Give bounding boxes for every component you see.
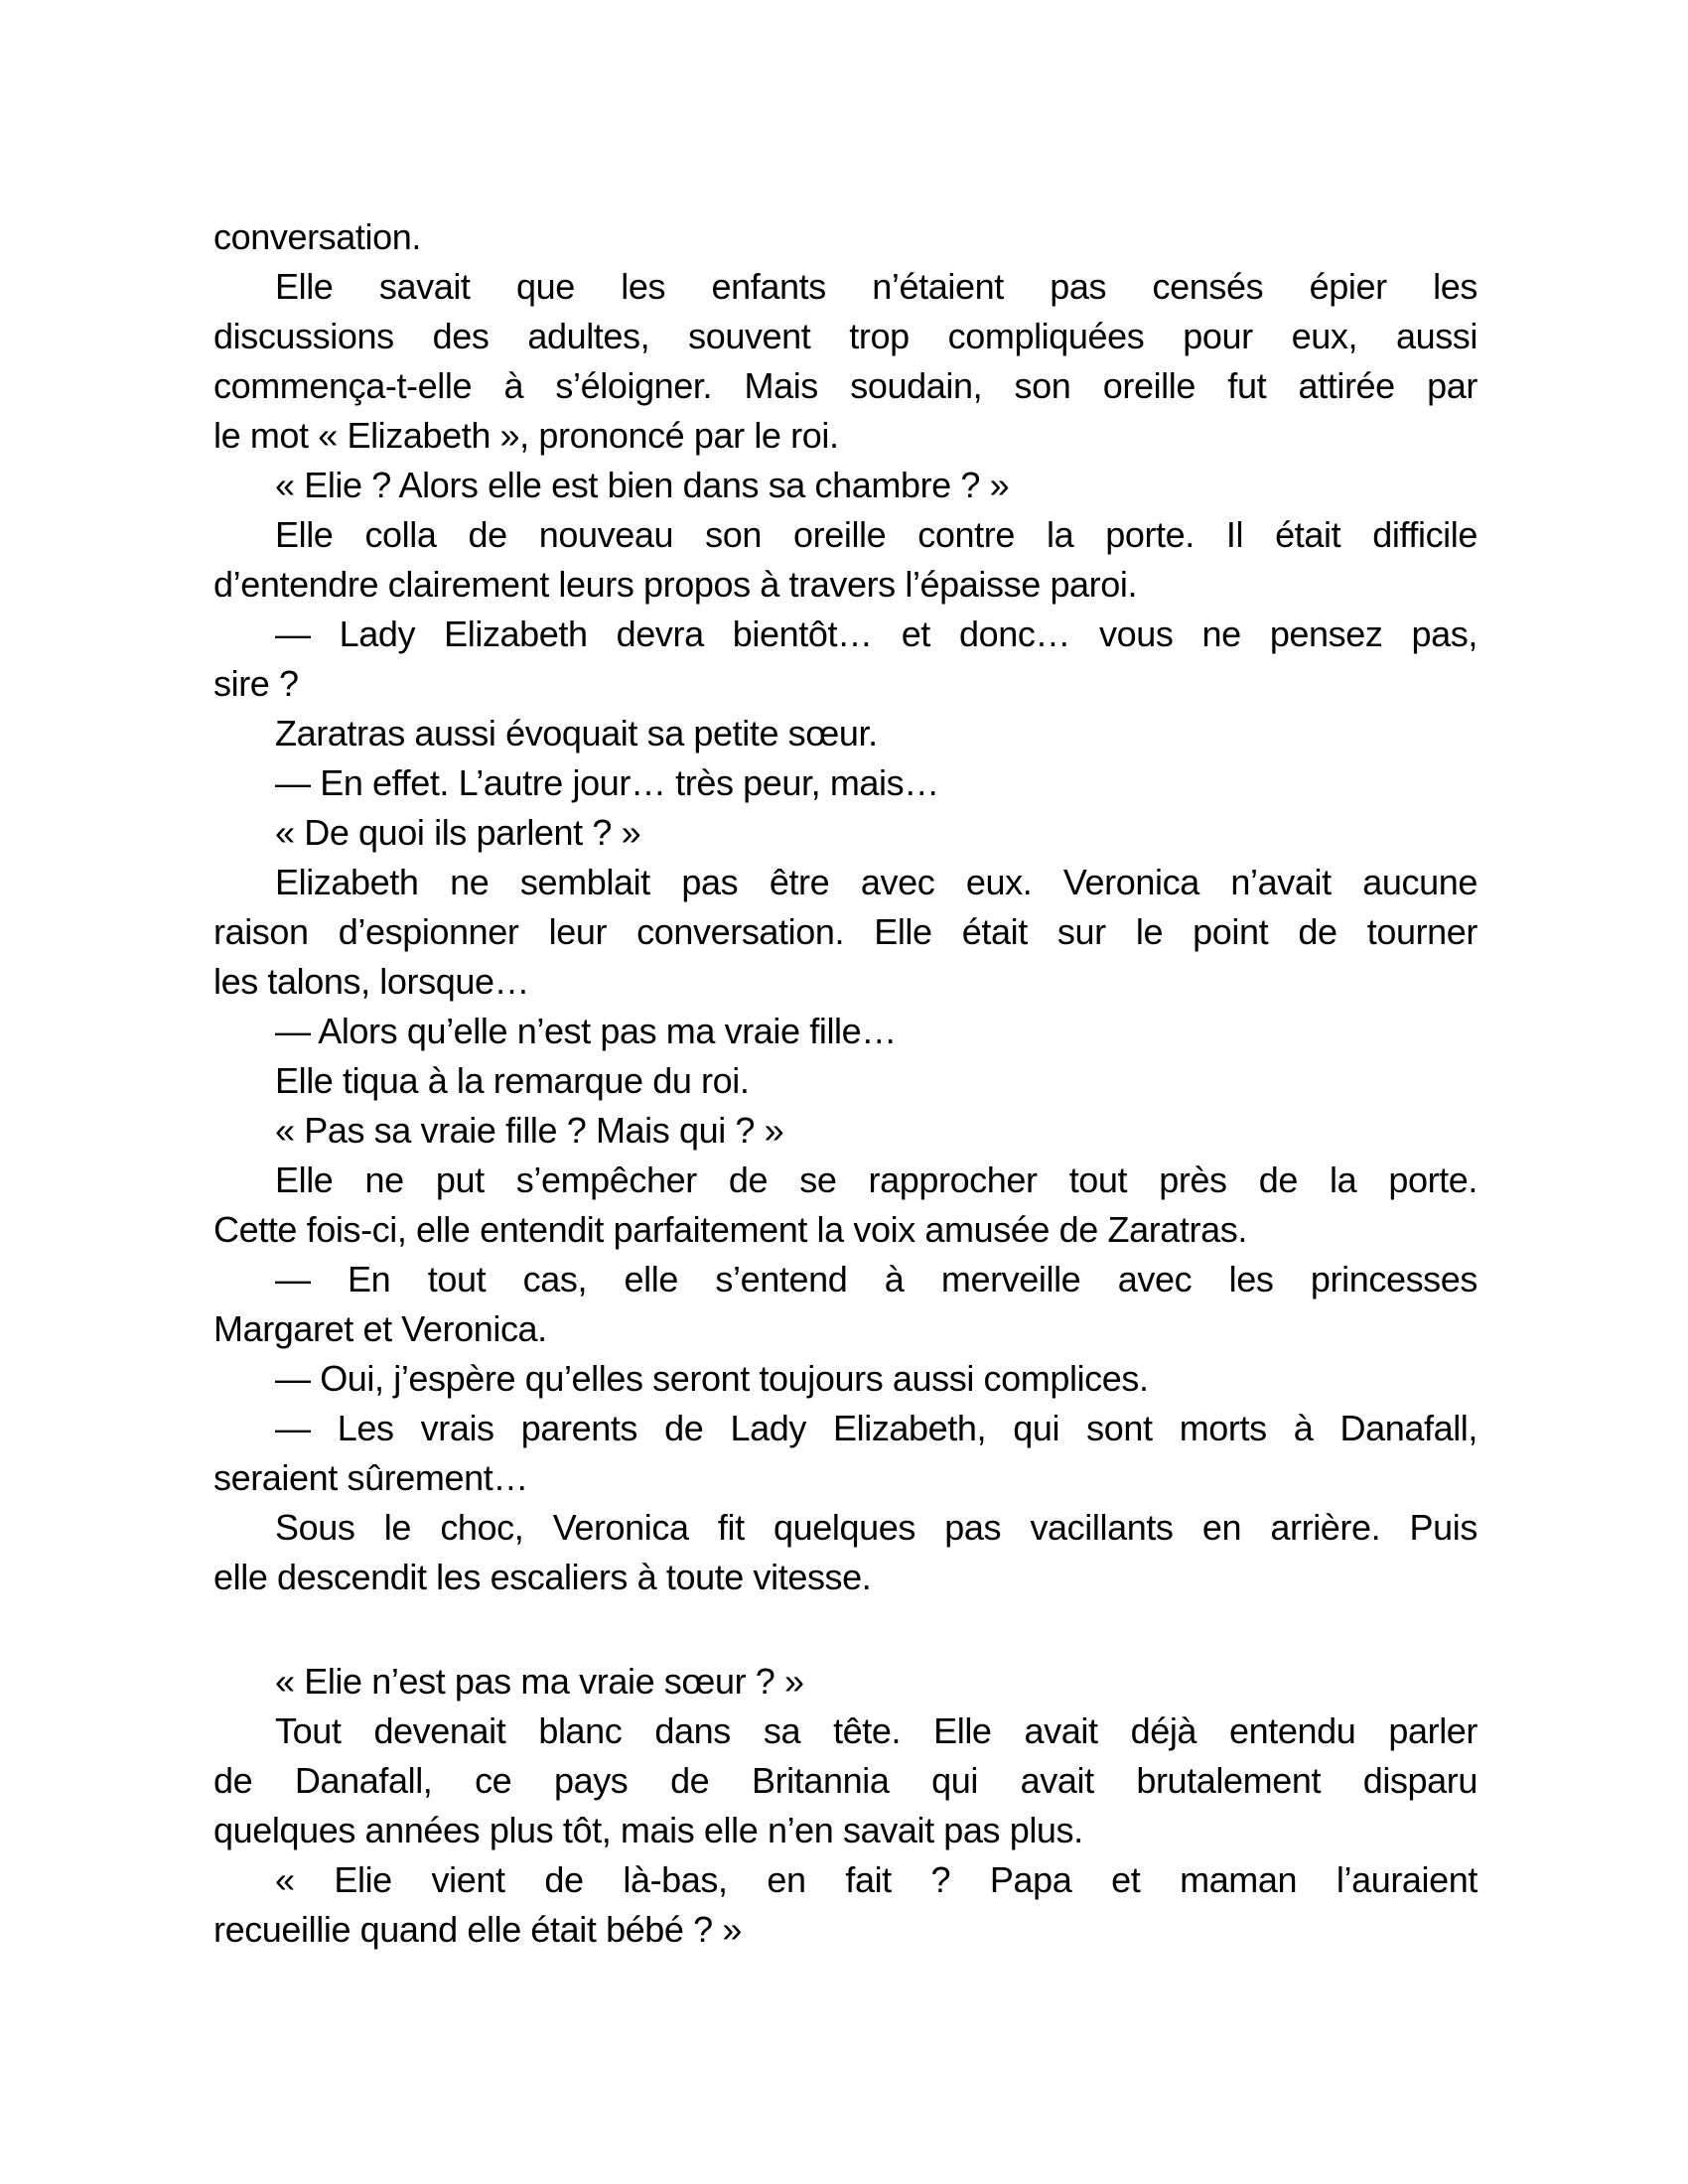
text-line: raison d’espionner leur conversation. El… — [213, 907, 1477, 957]
text-line: — En tout cas, elle s’entend à merveille… — [213, 1255, 1477, 1304]
text-line: — Oui, j’espère qu’elles seront toujours… — [213, 1354, 1477, 1404]
text-line: « Elie n’est pas ma vraie sœur ? » — [213, 1657, 1477, 1706]
text-line: Elle ne put s’empêcher de se rapprocher … — [213, 1156, 1477, 1205]
scene-break — [213, 1602, 1477, 1657]
text-line: de Danafall, ce pays de Britannia qui av… — [213, 1756, 1477, 1806]
text-line: « Elie ? Alors elle est bien dans sa cha… — [213, 461, 1477, 510]
text-line: discussions des adultes, souvent trop co… — [213, 312, 1477, 361]
text-line: Cette fois-ci, elle entendit parfaitemen… — [213, 1205, 1477, 1255]
text-line: les talons, lorsque… — [213, 957, 1477, 1007]
text-line: Elle colla de nouveau son oreille contre… — [213, 510, 1477, 560]
text-line: Margaret et Veronica. — [213, 1304, 1477, 1354]
text-line: commença-t-elle à s’éloigner. Mais souda… — [213, 361, 1477, 411]
text-line: — En effet. L’autre jour… très peur, mai… — [213, 758, 1477, 808]
text-line: seraient sûrement… — [213, 1453, 1477, 1503]
text-line: le mot « Elizabeth », prononcé par le ro… — [213, 411, 1477, 461]
text-line: — Lady Elizabeth devra bientôt… et donc…… — [213, 610, 1477, 659]
text-line: quelques années plus tôt, mais elle n’en… — [213, 1806, 1477, 1855]
text-line: Elle savait que les enfants n’étaient pa… — [213, 262, 1477, 312]
text-line: « De quoi ils parlent ? » — [213, 808, 1477, 858]
text-line: sire ? — [213, 659, 1477, 709]
text-line: recueillie quand elle était bébé ? » — [213, 1905, 1477, 1955]
text-line: Tout devenait blanc dans sa tête. Elle a… — [213, 1706, 1477, 1756]
text-line: « Pas sa vraie fille ? Mais qui ? » — [213, 1106, 1477, 1156]
text-line: « Elie vient de là-bas, en fait ? Papa e… — [213, 1855, 1477, 1905]
text-line: Elizabeth ne semblait pas être avec eux.… — [213, 858, 1477, 907]
text-line: Zaratras aussi évoquait sa petite sœur. — [213, 709, 1477, 758]
page-text: conversation.Elle savait que les enfants… — [213, 212, 1477, 1955]
book-page: conversation.Elle savait que les enfants… — [0, 0, 1688, 2184]
text-line: elle descendit les escaliers à toute vit… — [213, 1553, 1477, 1602]
text-line: conversation. — [213, 212, 1477, 262]
text-line: — Alors qu’elle n’est pas ma vraie fille… — [213, 1007, 1477, 1056]
text-line: Elle tiqua à la remarque du roi. — [213, 1056, 1477, 1106]
text-line: Sous le choc, Veronica fit quelques pas … — [213, 1503, 1477, 1553]
text-line: d’entendre clairement leurs propos à tra… — [213, 560, 1477, 610]
text-line: — Les vrais parents de Lady Elizabeth, q… — [213, 1404, 1477, 1453]
